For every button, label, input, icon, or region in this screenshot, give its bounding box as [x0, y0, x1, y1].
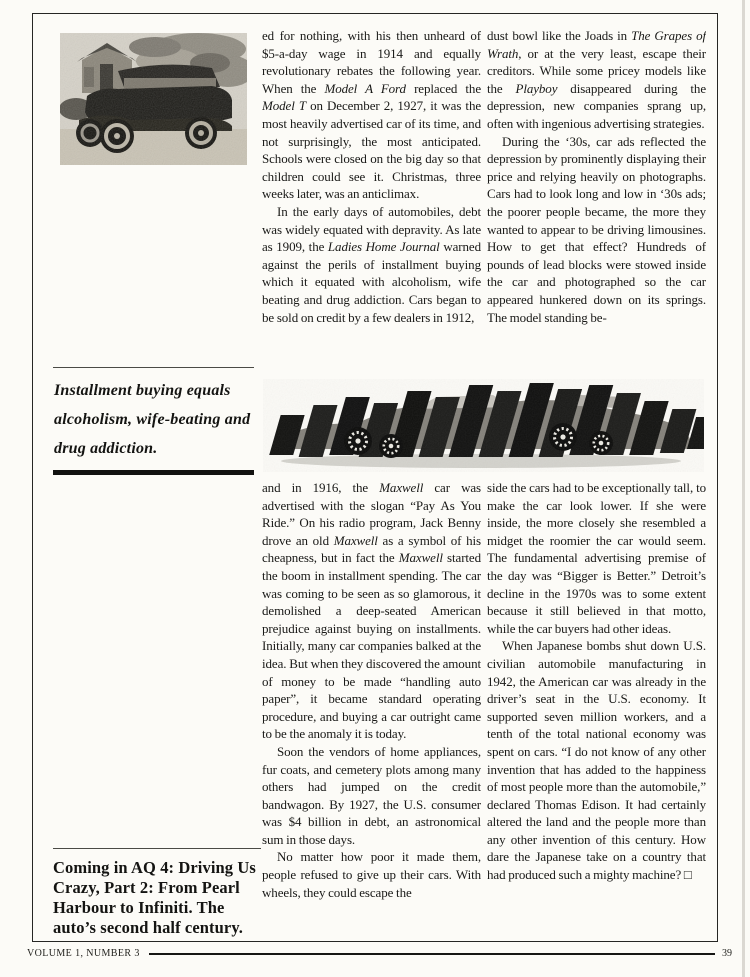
article-paragraph: No matter how poor it made them, people … [262, 848, 481, 901]
magazine-page: ed for nothing, with his then unheard of… [0, 0, 750, 977]
footer-page-number: 39 [722, 948, 732, 959]
pull-quote-rule-bottom [53, 470, 254, 475]
footer-rule [149, 953, 715, 956]
pull-quote-text: Installment buying equalsalcoholism, wif… [53, 368, 254, 470]
article-paragraph: and in 1916, the Maxwell car was adverti… [262, 479, 481, 743]
article-column-top-left: ed for nothing, with his then unheard of… [262, 27, 481, 379]
footer-volume-label: VOLUME 1, NUMBER 3 [27, 948, 140, 959]
article-paragraph: When Japanese bombs shut down U.S. civil… [487, 637, 706, 883]
vintage-car-photo-art [60, 33, 247, 165]
article-paragraph: side the cars had to be exceptionally ta… [487, 479, 706, 637]
article-paragraph: Soon the vendors of home appliances, fur… [262, 743, 481, 849]
article-paragraph: ed for nothing, with his then unheard of… [262, 27, 481, 203]
next-issue-promo: Coming in AQ 4: Driving UsCrazy, Part 2:… [53, 848, 261, 938]
article-paragraph: During the ‘30s, car ads reflected the d… [487, 133, 706, 327]
scan-edge-shadow [742, 0, 745, 977]
page-footer: VOLUME 1, NUMBER 3 39 [27, 948, 732, 959]
vintage-car-photo [60, 33, 247, 165]
article-column-bottom-left: and in 1916, the Maxwell car was adverti… [262, 479, 481, 936]
article-column-top-right: dust bowl like the Joads in The Grapes o… [487, 27, 706, 379]
promo-text: Coming in AQ 4: Driving UsCrazy, Part 2:… [53, 849, 261, 938]
article-paragraph: dust bowl like the Joads in The Grapes o… [487, 27, 706, 133]
sliced-cars-photo-art [263, 379, 704, 472]
article-column-bottom-right: side the cars had to be exceptionally ta… [487, 479, 706, 936]
article-paragraph: In the early days of automobiles, debt w… [262, 203, 481, 326]
pull-quote: Installment buying equalsalcoholism, wif… [53, 367, 254, 475]
sliced-cars-photo [263, 379, 704, 472]
